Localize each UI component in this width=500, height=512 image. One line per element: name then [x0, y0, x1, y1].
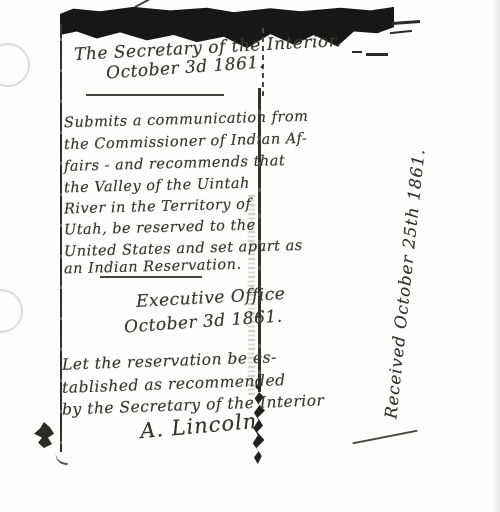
body-line: the Valley of the Uintah	[64, 176, 250, 197]
stray-pen-stroke	[135, 0, 166, 8]
document-scan-page: The Secretary of the Interior. October 3…	[0, 0, 500, 512]
divider-rule-top	[86, 94, 224, 96]
body-line: Submits a communication from	[64, 109, 309, 131]
ink-speck	[352, 51, 362, 53]
body-line: the Commissioner of Indian Af-	[64, 131, 308, 153]
ink-blotch-left-rule	[34, 422, 54, 448]
body-line: an Indian Reservation.	[64, 257, 242, 278]
ink-streak	[392, 20, 420, 25]
stray-hook-mark	[54, 451, 70, 466]
hole-punch-top	[0, 43, 30, 87]
body-line: Utah, be reserved to the	[64, 217, 256, 238]
ink-streak	[390, 30, 412, 34]
divider-rule-middle	[100, 276, 202, 278]
ink-speck	[366, 53, 388, 56]
scan-edge-shadow	[491, 0, 500, 512]
body-line: River in the Territory of	[64, 197, 252, 218]
order-line: Let the reservation be es-	[62, 348, 277, 373]
hole-punch-bottom	[0, 289, 23, 333]
body-line: United States and set apart as	[64, 238, 303, 260]
received-annotation: Received October 25th 1861.	[380, 133, 430, 433]
body-line: fairs - and recommends that	[64, 153, 286, 175]
